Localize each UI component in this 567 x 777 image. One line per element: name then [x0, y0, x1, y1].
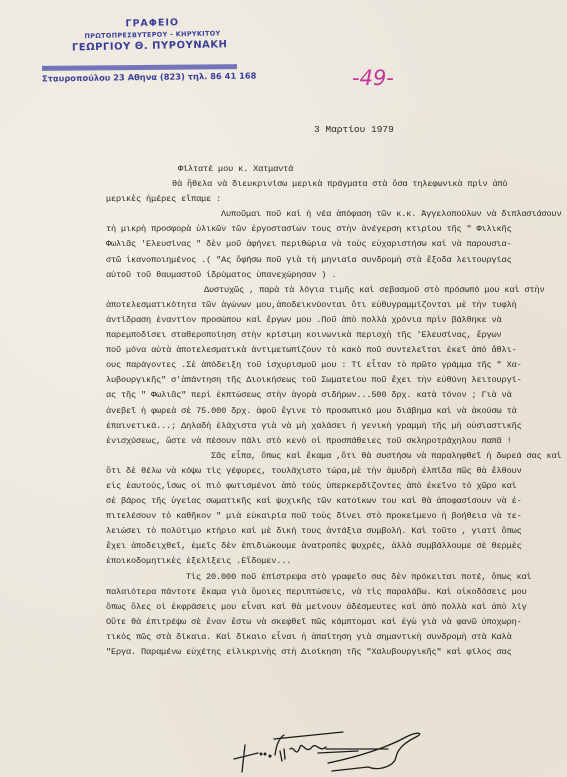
- body-line: θὰ ἤθελα νὰ διευκρινίσω μερικὰ πράγματα …: [106, 177, 561, 192]
- body-line: Δυστυχῶς , παρὰ τὰ λόγια τιμῆς καὶ σεβασ…: [106, 283, 561, 298]
- body-line: σὲ βάρος τῆς ὑγείας σωματικῆς καὶ ψυχικῆ…: [106, 494, 561, 509]
- body-line: ἐνισχύσεως, ὥστε νὰ πέσουν πάλι στὸ κενὸ…: [106, 434, 561, 449]
- body-line: τὴ μικρὴ προσφορὰ ὑλικῶν τῶν ἐργοστασίων…: [106, 222, 561, 237]
- body-line: πιτελέσουν τὸ καθῆκον " μιὰ εὐκαιρία ποῦ…: [106, 509, 561, 524]
- body-line: ἔχει ἀποδειχθεῖ, ἐμεῖς δὲν ἐπιδιώκουμε ἀ…: [106, 539, 561, 554]
- signature-scrawl-icon: [228, 727, 428, 777]
- body-line: Τὶς 20.000 ποῦ ἐπίστρεψα στὸ γραφεῖο σας…: [106, 570, 561, 585]
- letter-date: 3 Μαρτίου 1979: [314, 124, 394, 135]
- body-line: ποῦ μόνα αὐτὰ ἀποτελεσματικὰ ἀντιμετωπίζ…: [106, 343, 561, 358]
- page-number-annotation: -49-: [352, 66, 394, 90]
- letter-body: Φίλτατέ μου κ. Χατμαντά θὰ ἤθελα νὰ διευ…: [106, 162, 561, 660]
- body-line: Φωλιᾶς 'Ελευσίνας " δὲν μοῦ ἀφήνει περιθ…: [106, 237, 561, 252]
- body-line: τικὸς πῶς στὰ δίκαια. Καὶ δίκαιο εἶναι ἡ…: [106, 630, 561, 645]
- body-line: Οὔτε θὰ ἐπιτρέψω σὲ ἕναν ἔστω νὰ σκεφθεῖ…: [106, 615, 561, 630]
- body-line: λυβουργικῆς" σ'ἀπάντηση τῆς Διοικήσεως τ…: [106, 373, 561, 388]
- letterhead-stamp: ΓΡΑΦΕΙΟ ΠΡΩΤΟΠΡΕΣΒΥΤΕΡΟΥ - ΚΗΡΥΚΙΤΟΥ ΓΕΩ…: [40, 16, 246, 54]
- body-line: παλαιότερα πάντοτε ἔκαμα γιὰ ὅμοιες περι…: [106, 585, 561, 600]
- body-line: ους παράγοντες .Σὲ ἀπόδειξη τοῦ ἰσχυρισμ…: [106, 358, 561, 373]
- body-line: Σᾶς εἶπα, ὅπως καὶ ἔκαμα ,ὅτι θὰ συστήσω…: [106, 449, 561, 464]
- body-line: μερικὲς ἡμέρες εἴπαμε :: [106, 192, 561, 207]
- body-line: ἀντίδραση ἐναντίον προσώπου καὶ ἔργων μο…: [106, 313, 561, 328]
- body-line: στῶ ἱκανοποιημένος .( "Ας ὄφήσω ποῦ γιὰ …: [106, 253, 561, 268]
- body-line: ἐποικοδομητικὲς ἐξελίξεις .Εἴδομεν...: [106, 554, 561, 569]
- body-line: αὐτοῦ τοῦ θαυμαστοῦ ἱδρύματος ὑπανεχώρησ…: [106, 268, 561, 283]
- body-line: "Εργα. Παραμένω εὐχέτης εἰλικρινὴς στὴ Δ…: [106, 645, 561, 660]
- body-line: ας τῆς " Φωλιᾶς" περὶ ἐκπτώσεως στὴν ἀγο…: [106, 388, 561, 403]
- handwritten-signature: [228, 727, 428, 777]
- body-line: εἰς ἑαυτούς,ἴσως οἱ πιὸ φωτισμένοι ἀπὸ τ…: [106, 479, 561, 494]
- body-line: Λυποῦμαι ποῦ καὶ ἡ νέα ἀπόφαση τῶν κ.κ. …: [106, 207, 561, 222]
- salutation: Φίλτατέ μου κ. Χατμαντά: [106, 162, 561, 177]
- body-line: ὅτι δὲ θέλω νὰ κόψω τὶς γέφυρες, τουλάχι…: [106, 464, 561, 479]
- body-line: ἀνεβεῖ ἡ φωρεὰ σὲ 75.000 δρχ. ἀφοῦ ἔγινε…: [106, 404, 561, 419]
- body-line: ὅπως ὅλες οἱ ἐκφράσεις μου εἶναι καὶ θὰ …: [106, 600, 561, 615]
- body-line: λειώσει τὸ πολύτιμο κτήριο καὶ μὲ δική τ…: [106, 524, 561, 539]
- body-line: παρεμποδίσει σταθεροποίηση στὴν κρίσιμη …: [106, 328, 561, 343]
- body-line: ἀποτελεσματικότητα τῶν ἀγώνων μου,ἀποδει…: [106, 298, 561, 313]
- body-line: ἐπαινετικά...; Δηλαδὴ ἐλάχιστα γιὰ νὰ μὴ…: [106, 419, 561, 434]
